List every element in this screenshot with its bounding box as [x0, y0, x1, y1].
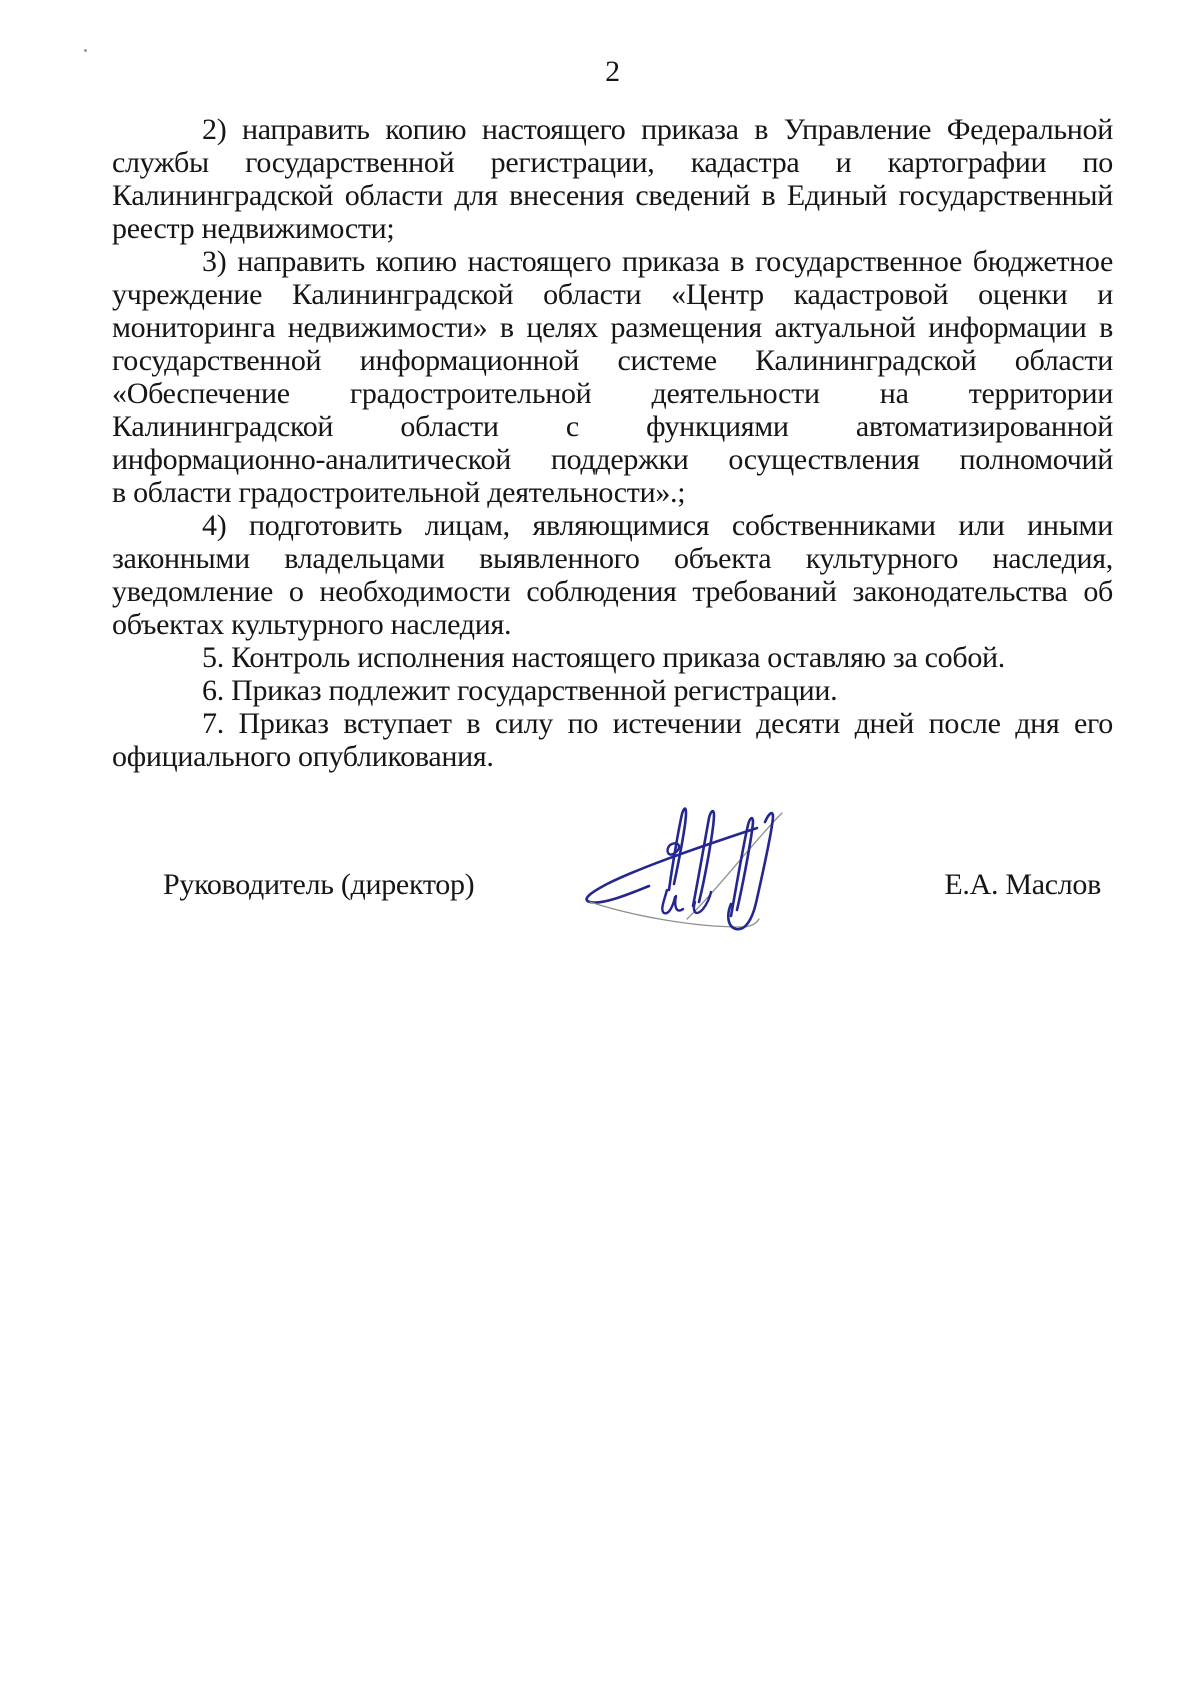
text-line: Калининградской области с функциями авто… [112, 410, 1113, 443]
document-page: 2 2) направить копию настоящего приказа … [0, 0, 1200, 1697]
text-line: службы государственной регистрации, када… [112, 146, 1113, 179]
text-line: объектах культурного наследия. [112, 608, 1113, 641]
text-line: мониторинга недвижимости» в целях размещ… [112, 311, 1113, 344]
text-line: официального опубликования. [112, 740, 1113, 773]
text-line: 3) направить копию настоящего приказа в … [112, 245, 1113, 278]
scan-speck [84, 49, 87, 52]
text-line: реестр недвижимости; [112, 212, 1113, 245]
paragraph: 4) подготовить лицам, являющимися собств… [112, 509, 1113, 641]
text-line: 2) направить копию настоящего приказа в … [112, 113, 1113, 146]
text-line: в области градостроительной деятельности… [112, 476, 1113, 509]
signature-name: Е.А. Маслов [944, 868, 1101, 901]
text-line: 6. Приказ подлежит государственной регис… [112, 674, 1113, 707]
text-line: «Обеспечение градостроительной деятельно… [112, 377, 1113, 410]
signature-role-label: Руководитель (директор) [163, 868, 474, 901]
document-content: 2 2) направить копию настоящего приказа … [112, 55, 1113, 773]
paragraph: 6. Приказ подлежит государственной регис… [112, 674, 1113, 707]
text-line: учреждение Калининградской области «Цент… [112, 278, 1113, 311]
text-line: 4) подготовить лицам, являющимися собств… [112, 509, 1113, 542]
page-number: 2 [112, 55, 1113, 88]
paragraph: 3) направить копию настоящего приказа в … [112, 245, 1113, 509]
document-body: 2) направить копию настоящего приказа в … [112, 113, 1113, 773]
text-line: уведомление о необходимости соблюдения т… [112, 575, 1113, 608]
text-line: Калининградской области для внесения све… [112, 179, 1113, 212]
paragraph: 5. Контроль исполнения настоящего приказ… [112, 641, 1113, 674]
spacer [112, 88, 1113, 113]
paragraph: 7. Приказ вступает в силу по истечении д… [112, 707, 1113, 773]
text-line: государственной информационной системе К… [112, 344, 1113, 377]
text-line: 7. Приказ вступает в силу по истечении д… [112, 707, 1113, 740]
paragraph: 2) направить копию настоящего приказа в … [112, 113, 1113, 245]
text-line: 5. Контроль исполнения настоящего приказ… [112, 641, 1113, 674]
text-line: законными владельцами выявленного объект… [112, 542, 1113, 575]
handwritten-signature [575, 798, 795, 943]
text-line: информационно-аналитической поддержки ос… [112, 443, 1113, 476]
